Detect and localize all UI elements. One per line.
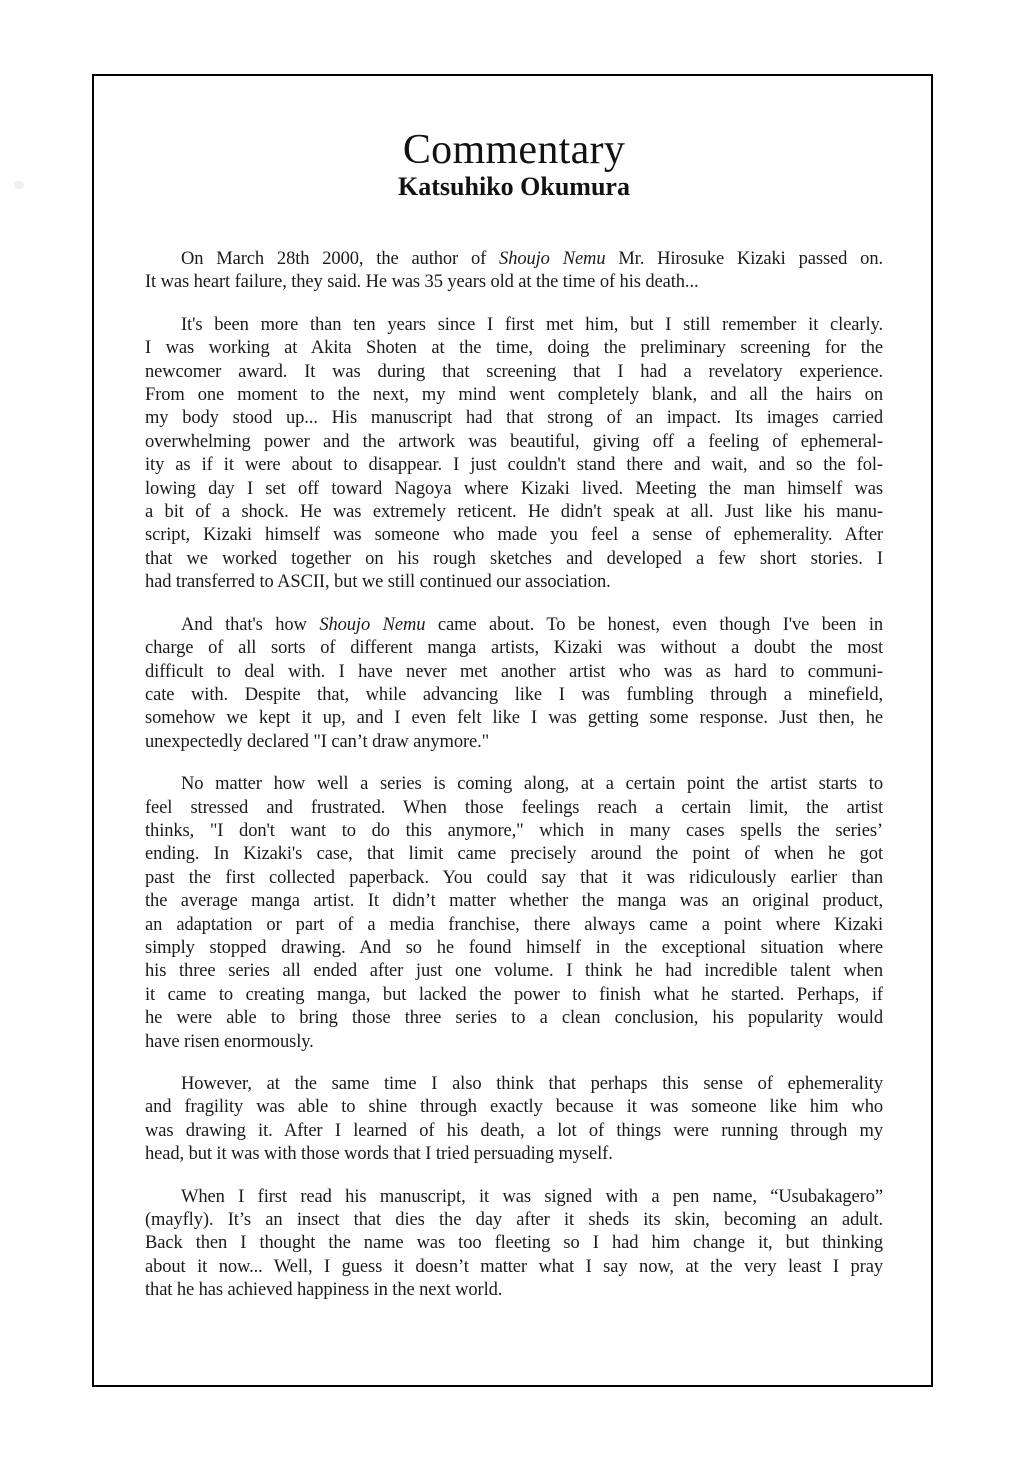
text-line: have risen enormously. xyxy=(145,1031,883,1054)
text-line: difficult to deal with. I have never met… xyxy=(145,661,883,684)
text-segment: It's been more than ten years since I fi… xyxy=(181,315,883,335)
text-line: simply stopped drawing. And so he found … xyxy=(145,937,883,960)
text-segment: Mr. Hirosuke Kizaki passed on. xyxy=(605,249,883,269)
page-content: Commentary Katsuhiko Okumura On March 28… xyxy=(145,76,883,1303)
paragraph: No matter how well a series is coming al… xyxy=(145,773,883,1054)
text-segment: head, but it was with those words that I… xyxy=(145,1144,613,1164)
text-segment: he were able to bring those three series… xyxy=(145,1008,883,1028)
text-segment: have risen enormously. xyxy=(145,1032,314,1052)
text-line: overwhelming power and the artwork was b… xyxy=(145,431,883,454)
text-line: my body stood up... His manuscript had t… xyxy=(145,407,883,430)
text-line: On March 28th 2000, the author of Shoujo… xyxy=(145,248,883,271)
text-line: script, Kizaki himself was someone who m… xyxy=(145,524,883,547)
scan-artifact-dot xyxy=(14,181,24,189)
text-segment: overwhelming power and the artwork was b… xyxy=(145,432,883,452)
text-line: feel stressed and frustrated. When those… xyxy=(145,797,883,820)
text-line: And that's how Shoujo Nemu came about. T… xyxy=(145,614,883,637)
text-segment: feel stressed and frustrated. When those… xyxy=(145,798,883,818)
text-line: No matter how well a series is coming al… xyxy=(145,773,883,796)
text-line: When I first read his manuscript, it was… xyxy=(145,1186,883,1209)
text-line: newcomer award. It was during that scree… xyxy=(145,361,883,384)
text-segment: From one moment to the next, my mind wen… xyxy=(145,385,883,405)
text-segment: that we worked together on his rough ske… xyxy=(145,549,883,569)
text-segment: On March 28th 2000, the author of xyxy=(181,249,499,269)
text-line: I was working at Akita Shoten at the tim… xyxy=(145,337,883,360)
text-segment: lowing day I set off toward Nagoya where… xyxy=(145,479,883,499)
text-segment: charge of all sorts of different manga a… xyxy=(145,638,883,658)
text-segment: newcomer award. It was during that scree… xyxy=(145,362,883,382)
text-segment: When I first read his manuscript, it was… xyxy=(181,1187,883,1207)
text-segment: his three series all ended after just on… xyxy=(145,961,883,981)
text-segment: thinks, "I don't want to do this anymore… xyxy=(145,821,883,841)
text-segment: somehow we kept it up, and I even felt l… xyxy=(145,708,883,728)
text-segment: it came to creating manga, but lacked th… xyxy=(145,985,883,1005)
text-line: he were able to bring those three series… xyxy=(145,1007,883,1030)
paragraph: When I first read his manuscript, it was… xyxy=(145,1186,883,1303)
italic-work-title: Shoujo Nemu xyxy=(319,615,425,635)
text-line: It was heart failure, they said. He was … xyxy=(145,271,883,294)
text-segment: simply stopped drawing. And so he found … xyxy=(145,938,883,958)
page-border-frame: Commentary Katsuhiko Okumura On March 28… xyxy=(92,74,933,1387)
author-name: Katsuhiko Okumura xyxy=(145,172,883,202)
text-segment: was drawing it. After I learned of his d… xyxy=(145,1121,883,1141)
text-segment: my body stood up... His manuscript had t… xyxy=(145,408,883,428)
commentary-body: On March 28th 2000, the author of Shoujo… xyxy=(145,248,883,1303)
text-segment: about it now... Well, I guess it doesn’t… xyxy=(145,1257,883,1277)
text-line: However, at the same time I also think t… xyxy=(145,1073,883,1096)
italic-work-title: Shoujo Nemu xyxy=(499,249,605,269)
text-segment: script, Kizaki himself was someone who m… xyxy=(145,525,883,545)
text-segment: And that's how xyxy=(181,615,319,635)
text-line: cate with. Despite that, while advancing… xyxy=(145,684,883,707)
text-segment: It was heart failure, they said. He was … xyxy=(145,272,699,292)
text-line: Back then I thought the name was too fle… xyxy=(145,1232,883,1255)
text-line: ending. In Kizaki's case, that limit cam… xyxy=(145,843,883,866)
text-segment: had transferred to ASCII, but we still c… xyxy=(145,572,611,592)
text-line: that we worked together on his rough ske… xyxy=(145,548,883,571)
text-segment: However, at the same time I also think t… xyxy=(181,1074,883,1094)
paragraph: However, at the same time I also think t… xyxy=(145,1073,883,1167)
text-line: unexpectedly declared "I can’t draw anym… xyxy=(145,731,883,754)
text-segment: ending. In Kizaki's case, that limit cam… xyxy=(145,844,883,864)
text-segment: cate with. Despite that, while advancing… xyxy=(145,685,883,705)
text-line: ity as if it were about to disappear. I … xyxy=(145,454,883,477)
paragraph: It's been more than ten years since I fi… xyxy=(145,314,883,595)
text-line: was drawing it. After I learned of his d… xyxy=(145,1120,883,1143)
text-line: that he has achieved happiness in the ne… xyxy=(145,1279,883,1302)
page-title: Commentary xyxy=(145,128,883,172)
text-line: (mayfly). It’s an insect that dies the d… xyxy=(145,1209,883,1232)
text-line: lowing day I set off toward Nagoya where… xyxy=(145,478,883,501)
text-segment: ity as if it were about to disappear. I … xyxy=(145,455,883,475)
text-line: charge of all sorts of different manga a… xyxy=(145,637,883,660)
text-segment: I was working at Akita Shoten at the tim… xyxy=(145,338,883,358)
text-line: an adaptation or part of a media franchi… xyxy=(145,914,883,937)
text-line: thinks, "I don't want to do this anymore… xyxy=(145,820,883,843)
text-line: about it now... Well, I guess it doesn’t… xyxy=(145,1256,883,1279)
text-segment: that he has achieved happiness in the ne… xyxy=(145,1280,502,1300)
text-line: It's been more than ten years since I fi… xyxy=(145,314,883,337)
text-line: his three series all ended after just on… xyxy=(145,960,883,983)
paragraph: On March 28th 2000, the author of Shoujo… xyxy=(145,248,883,295)
text-segment: No matter how well a series is coming al… xyxy=(181,774,883,794)
text-segment: and fragility was able to shine through … xyxy=(145,1097,883,1117)
text-segment: came about. To be honest, even though I'… xyxy=(425,615,883,635)
text-segment: a bit of a shock. He was extremely retic… xyxy=(145,502,883,522)
text-line: and fragility was able to shine through … xyxy=(145,1096,883,1119)
text-line: the average manga artist. It didn’t matt… xyxy=(145,890,883,913)
text-line: a bit of a shock. He was extremely retic… xyxy=(145,501,883,524)
text-line: head, but it was with those words that I… xyxy=(145,1143,883,1166)
text-segment: past the first collected paperback. You … xyxy=(145,868,883,888)
text-line: From one moment to the next, my mind wen… xyxy=(145,384,883,407)
text-segment: unexpectedly declared "I can’t draw anym… xyxy=(145,732,489,752)
text-segment: an adaptation or part of a media franchi… xyxy=(145,915,883,935)
text-line: somehow we kept it up, and I even felt l… xyxy=(145,707,883,730)
text-line: past the first collected paperback. You … xyxy=(145,867,883,890)
text-segment: difficult to deal with. I have never met… xyxy=(145,662,883,682)
paragraph: And that's how Shoujo Nemu came about. T… xyxy=(145,614,883,754)
text-segment: Back then I thought the name was too fle… xyxy=(145,1233,883,1253)
text-line: it came to creating manga, but lacked th… xyxy=(145,984,883,1007)
text-segment: the average manga artist. It didn’t matt… xyxy=(145,891,883,911)
text-line: had transferred to ASCII, but we still c… xyxy=(145,571,883,594)
text-segment: (mayfly). It’s an insect that dies the d… xyxy=(145,1210,883,1230)
